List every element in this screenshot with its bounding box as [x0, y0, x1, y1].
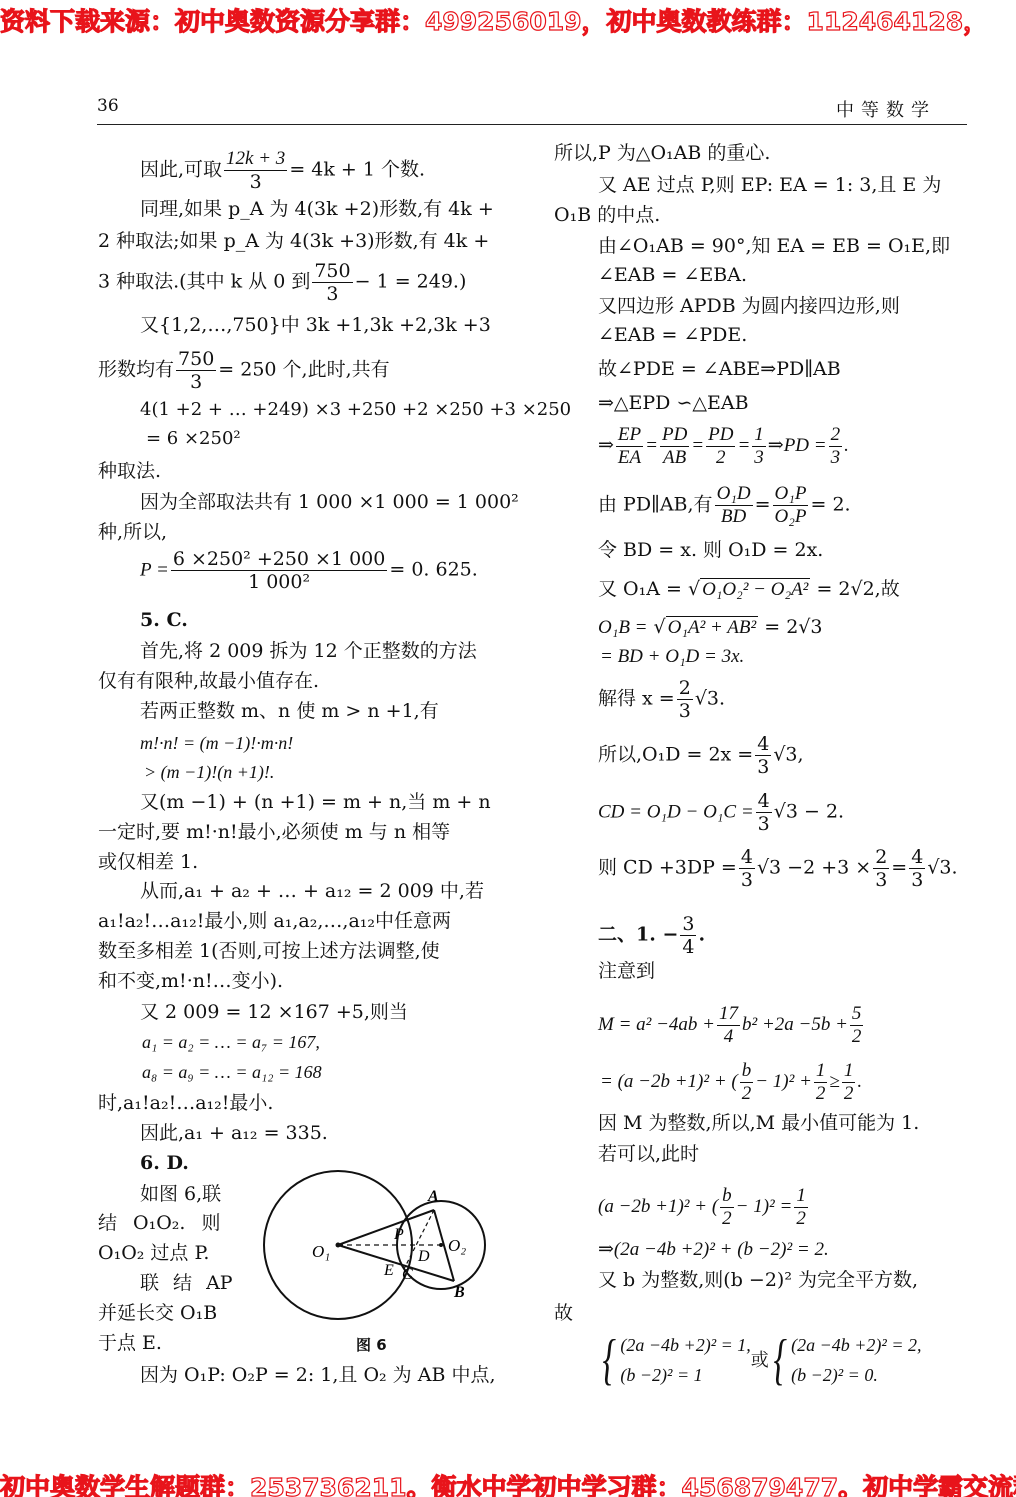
formula-line: > (m −1)!(n +1)!. — [144, 760, 274, 784]
formula-line: M = a² −4ab +174b² +2a −5b +52 — [598, 1003, 865, 1048]
text-line: 仅有有限种,故最小值存在. — [98, 669, 319, 693]
label-O1: O₁ — [312, 1242, 330, 1261]
text-line: 首先,将 2 009 拆为 12 个正整数的方法 — [140, 639, 477, 663]
formula-line: 则 CD +3DP =43√3 −2 +3 ×23=43√3. — [598, 846, 958, 891]
text-line: 所以,P 为△O₁AB 的重心. — [554, 141, 770, 165]
text-line: 或仅相差 1. — [98, 850, 198, 874]
formula-line: CD = O₁D − O₁C =43√3 − 2. — [598, 790, 844, 835]
text-line: 若两正整数 m、n 使 m > n +1,有 — [140, 699, 439, 723]
text-line: 并延长交 O₁B — [98, 1301, 217, 1325]
label-C: C — [402, 1266, 413, 1283]
formula-line: 由 PD∥AB,有O₁DBD=O₁PO₂P= 2. — [598, 483, 851, 528]
text-line: 又(m −1) + (n +1) = m + n,当 m + n — [140, 790, 491, 814]
text-line: 因为全部取法共有 1 000 ×1 000 = 1 000² — [140, 490, 519, 514]
label-E: E — [383, 1262, 394, 1279]
formula-line: 4(1 +2 + … +249) ×3 +250 +2 ×250 +3 ×250 — [140, 398, 571, 422]
formula-line: a₁ = a₂ = … = a₇ = 167, — [142, 1030, 320, 1054]
text-line: ∠EAB = ∠EBA. — [598, 263, 747, 287]
header-rule — [97, 124, 967, 125]
label-D: D — [417, 1248, 430, 1265]
text-line: 从而,a₁ + a₂ + … + a₁₂ = 2 009 中,若 — [140, 879, 484, 903]
formula-line: a₈ = a₉ = … = a₁₂ = 168 — [142, 1060, 322, 1084]
text-line: 故∠PDE = ∠ABE⇒PD∥AB — [598, 357, 841, 381]
page-number: 36 — [97, 96, 119, 116]
text-line: 又 2 009 = 12 ×167 +5,则当 — [140, 1000, 408, 1024]
text-line: O₁B 的中点. — [554, 203, 660, 227]
formula-line: = 6 ×250² — [146, 427, 241, 451]
text-line: 因 M 为整数,所以,M 最小值可能为 1. — [598, 1111, 919, 1135]
text-line: 注意到 — [598, 959, 655, 983]
text-line: 一定时,要 m!·n!最小,必须使 m 与 n 相等 — [98, 820, 450, 844]
text-line: 如图 6,联 — [140, 1182, 221, 1206]
text-line: 又四边形 APDB 为圆内接四边形,则 — [598, 294, 900, 318]
label-A: A — [427, 1188, 439, 1205]
text-line: 于点 E. — [98, 1331, 162, 1355]
text-line: 又 b 为整数,则(b −2)² 为完全平方数, — [598, 1268, 918, 1292]
label-O2: O₂ — [448, 1236, 466, 1255]
text-line: 同理,如果 p_A 为 4(3k +2)形数,有 4k + — [140, 197, 494, 221]
text-line: 和不变,m!·n!…变小). — [98, 969, 283, 993]
text-line: 时,a₁!a₂!…a₁₂!最小. — [98, 1091, 273, 1115]
bottom-banner: 初中奥数学生解题群：253736211。衡水中学初中学习群：456879477。… — [0, 1468, 1016, 1497]
formula-line: O₁B = √O₁A² + AB² = 2√3 — [598, 615, 822, 640]
text-line: 联 结 AP — [140, 1271, 233, 1295]
top-banner: 资料下载来源：初中奥数资源分享群：499256019，初中奥数教练群：11246… — [0, 2, 1016, 38]
text-line: ⇒△EPD ∽△EAB — [598, 391, 749, 415]
text-line: 由∠O₁AB = 90°,知 EA = EB = O₁E,即 — [598, 234, 950, 258]
text-line: 数至多相差 1(否则,可按上述方法调整,使 — [98, 939, 440, 963]
text-line: 又{1,2,…,750}中 3k +1,3k +2,3k +3 — [140, 313, 491, 337]
text-line: 因此,可取12k + 33= 4k + 1 个数. — [140, 148, 425, 193]
formula-line: 所以,O₁D = 2x =43√3, — [598, 733, 804, 778]
section-answer: 二、1. −34. — [598, 913, 705, 958]
text-line: 令 BD = x. 则 O₁D = 2x. — [598, 538, 823, 562]
label-P: P — [393, 1226, 404, 1243]
text-line: 种,所以, — [98, 520, 167, 544]
geometry-figure-6: O₁ O₂ A B C D E P — [258, 1165, 498, 1330]
text-line: 因此,a₁ + a₁₂ = 335. — [140, 1121, 328, 1145]
formula-line: P =6 ×250² +250 ×1 0001 000²= 0. 625. — [140, 548, 478, 593]
text-line: 结 O₁O₂. 则 — [98, 1211, 221, 1235]
figure-caption: 图 6 — [356, 1334, 387, 1355]
text-line: 2 种取法;如果 p_A 为 4(3k +3)形数,有 4k + — [98, 229, 489, 253]
text-line: 又 AE 过点 P,则 EP: EA = 1: 3,且 E 为 — [598, 173, 941, 197]
answer-label: 5. C. — [140, 608, 188, 632]
formula-line: ⇒(2a −4b +2)² + (b −2)² = 2. — [598, 1238, 829, 1262]
formula-line: (a −2b +1)² + (b2− 1)² =12 — [598, 1185, 810, 1230]
text-line: O₁O₂ 过点 P. — [98, 1241, 209, 1265]
text-line: 种取法. — [98, 459, 161, 483]
equation-systems: {(2a −4b +2)² = 1,(b −2)² = 1或{(2a −4b +… — [598, 1330, 921, 1390]
answer-label: 6. D. — [140, 1151, 189, 1175]
text-line: 若可以,此时 — [598, 1142, 699, 1166]
text-line: 形数均有7503= 250 个,此时,共有 — [98, 348, 390, 393]
text-line: 3 种取法.(其中 k 从 0 到7503− 1 = 249.) — [98, 260, 466, 305]
label-B: B — [453, 1284, 465, 1301]
formula-line: m!·n! = (m −1)!·m·n! — [140, 731, 293, 755]
formula-line: = (a −2b +1)² + (b2− 1)² +12≥12. — [600, 1060, 862, 1105]
text-line: a₁!a₂!…a₁₂!最小,则 a₁,a₂,…,a₁₂中任意两 — [98, 909, 451, 933]
formula-line: 又 O₁A = √O₁O₂² − O₂A² = 2√2,故 — [598, 577, 900, 602]
text-line: ∠EAB = ∠PDE. — [598, 323, 747, 347]
formula-line: = BD + O₁D = 3x. — [600, 645, 744, 669]
text-line: 故 — [554, 1301, 573, 1325]
formula-line: ⇒EPEA=PDAB=PD2=13⇒PD =23. — [598, 424, 849, 469]
journal-title: 中等数学 — [836, 96, 936, 122]
text-line: 因为 O₁P: O₂P = 2: 1,且 O₂ 为 AB 中点, — [140, 1363, 496, 1387]
formula-line: 解得 x =23√3. — [598, 677, 725, 722]
